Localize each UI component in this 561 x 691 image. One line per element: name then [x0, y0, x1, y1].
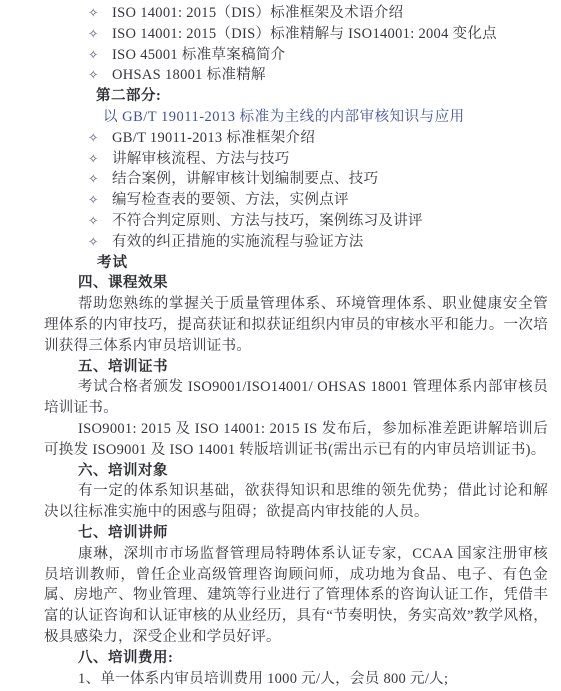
section-paragraph: 帮助您熟练的掌握关于质量管理体系、环境管理体系、职业健康安全管理体系的内审技巧，…: [44, 294, 548, 356]
section-paragraph: 有一定的体系知识基础，欲获得知识和思维的领先优势；借此讨论和解决以往标准实施中的…: [44, 481, 548, 523]
diamond-bullet-icon: ✧: [88, 211, 112, 232]
section-paragraph: 考试合格者颁发 ISO9001/ISO14001/ OHSAS 18001 管理…: [44, 377, 548, 419]
bullet-item: ✧ OHSAS 18001 标准精解: [44, 65, 548, 86]
bullet-text: 结合案例，讲解审核计划编制要点、技巧: [112, 169, 548, 190]
bullet-item: ✧ 结合案例，讲解审核计划编制要点、技巧: [44, 169, 548, 190]
diamond-bullet-icon: ✧: [88, 232, 112, 253]
bullet-item: ✧ GB/T 19011-2013 标准框架介绍: [44, 128, 548, 149]
bullet-text: 编写检查表的要领、方法，实例点评: [112, 190, 548, 211]
section-title-fees: 八、培训费用:: [44, 648, 548, 669]
section-title-audience: 六、培训对象: [44, 461, 548, 482]
section-title-certificate: 五、培训证书: [44, 357, 548, 378]
section-paragraph: ISO9001: 2015 及 ISO 14001: 2015 IS 发布后，参…: [44, 419, 548, 461]
bullet-item: ✧ ISO 45001 标准草案稿简介: [44, 45, 548, 66]
bullet-item: ✧ 不符合判定原则、方法与技巧，案例练习及讲评: [44, 211, 548, 232]
bullet-text: ISO 14001: 2015（DIS）标准精解与 ISO14001: 2004…: [112, 24, 548, 45]
bullet-item: ✧ 编写检查表的要领、方法，实例点评: [44, 190, 548, 211]
exam-label: 考试: [97, 253, 548, 274]
part2-intro: 以 GB/T 19011-2013 标准为主线的内部审核知识与应用: [103, 107, 548, 128]
fee-item: 1、单一体系内审员培训费用 1000 元/人，会员 800 元/人;: [44, 669, 548, 690]
bullet-text: OHSAS 18001 标准精解: [112, 65, 548, 86]
section-paragraph: 康琳，深圳市市场监督管理局特聘体系认证专家，CCAA 国家注册审核员培训教师，曾…: [44, 544, 548, 648]
section-title-lecturer: 七、培训讲师: [44, 523, 548, 544]
bullet-item: ✧ ISO 14001: 2015（DIS）标准框架及术语介绍: [44, 3, 548, 24]
bullet-item: ✧ 有效的纠正措施的实施流程与验证方法: [44, 232, 548, 253]
diamond-bullet-icon: ✧: [88, 149, 112, 170]
part2-heading: 第二部分:: [96, 86, 548, 107]
bullet-text: 不符合判定原则、方法与技巧，案例练习及讲评: [112, 211, 548, 232]
bullet-text: ISO 14001: 2015（DIS）标准框架及术语介绍: [112, 3, 548, 24]
bullet-text: 讲解审核流程、方法与技巧: [112, 149, 548, 170]
bullet-text: 有效的纠正措施的实施流程与验证方法: [112, 232, 548, 253]
bullet-item: ✧ ISO 14001: 2015（DIS）标准精解与 ISO14001: 20…: [44, 24, 548, 45]
diamond-bullet-icon: ✧: [88, 128, 112, 149]
diamond-bullet-icon: ✧: [88, 65, 112, 86]
diamond-bullet-icon: ✧: [88, 45, 112, 66]
bullet-text: GB/T 19011-2013 标准框架介绍: [112, 128, 548, 149]
section-title-course-effect: 四、课程效果: [44, 273, 548, 294]
diamond-bullet-icon: ✧: [88, 3, 112, 24]
bullet-item: ✧ 讲解审核流程、方法与技巧: [44, 149, 548, 170]
diamond-bullet-icon: ✧: [88, 169, 112, 190]
document-page: ✧ ISO 14001: 2015（DIS）标准框架及术语介绍 ✧ ISO 14…: [0, 0, 561, 691]
bullet-text: ISO 45001 标准草案稿简介: [112, 45, 548, 66]
diamond-bullet-icon: ✧: [88, 190, 112, 211]
diamond-bullet-icon: ✧: [88, 24, 112, 45]
